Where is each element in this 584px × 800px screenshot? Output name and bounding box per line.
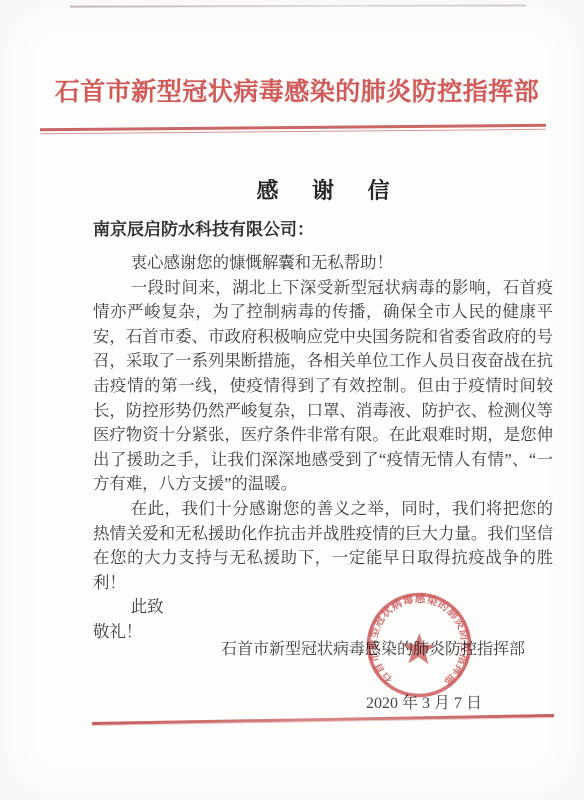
official-seal: 石首市新型冠状病毒感染的肺炎防控指挥部 <box>352 578 486 712</box>
footer-rule <box>92 714 554 725</box>
letterhead-rule <box>40 124 546 134</box>
letter-page: 石首市新型冠状病毒感染的肺炎防控指挥部 感 谢 信 南京辰启防水科技有限公司： … <box>0 0 584 800</box>
paragraph-thanks: 衷心感谢您的慷慨解囊和无私帮助！ <box>93 251 553 276</box>
letter-title: 感 谢 信 <box>93 174 553 205</box>
letter-body: 感 谢 信 南京辰启防水科技有限公司： 衷心感谢您的慷慨解囊和无私帮助！ 一段时… <box>93 174 553 645</box>
paragraph-gratitude: 在此，我们十分感谢您的善义之举，同时，我们将把您的热情关爱和无私援助化作抗击并战… <box>93 497 553 595</box>
footer-rule-shadow <box>92 717 554 726</box>
seal-star-icon <box>402 632 435 664</box>
scan-artifact-line <box>70 4 526 7</box>
addressee-line: 南京辰启防水科技有限公司： <box>93 217 553 243</box>
letterhead-org-name: 石首市新型冠状病毒感染的肺炎防控指挥部 <box>40 72 554 108</box>
paragraph-situation: 一段时间来，湖北上下深受新型冠状病毒的影响，石首疫情亦严峻复杂，为了控制病毒的传… <box>93 276 553 497</box>
